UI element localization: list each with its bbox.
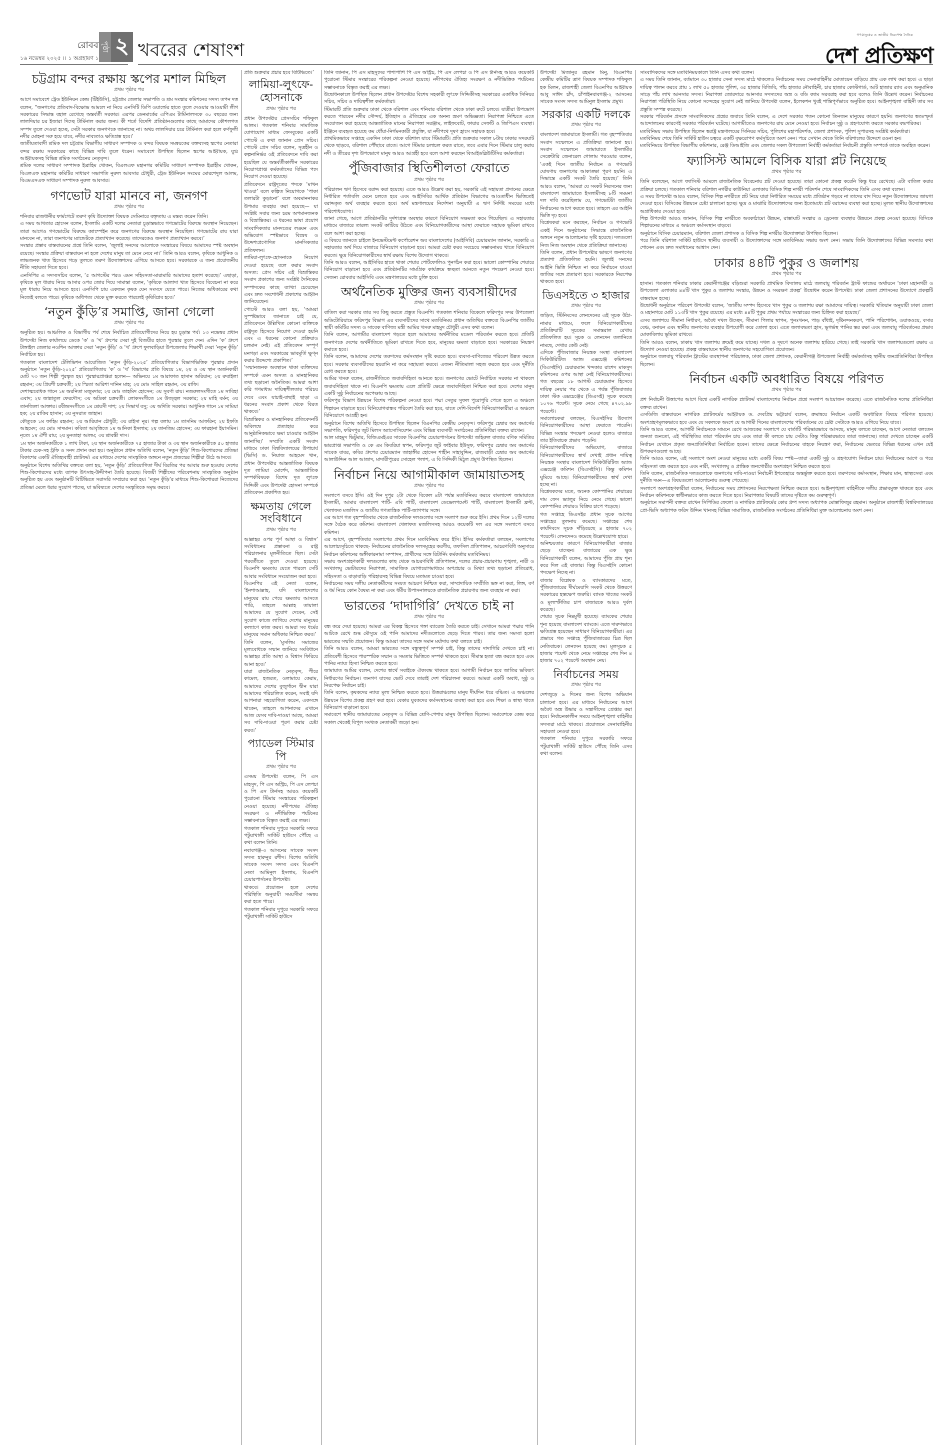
headline: চট্টগ্রাম বন্দর রক্ষায় স্কপের মশাল মিছি… bbox=[20, 72, 238, 86]
paragraph: এনসিপির এ সদস্যসচিব বলেন, ‘৫ আগস্টের পরও… bbox=[20, 273, 238, 302]
paragraph: বাজার বিশ্লেষক ও ব্যাংকারদের মতে, পুঁজিব… bbox=[540, 578, 632, 615]
paragraph: পরে তিনি বরিশাল সার্কিট হাউসে স্থানীয় ব… bbox=[640, 238, 933, 253]
headline: পুঁজিবাজার স্থিতিশীলতা ফেরাতে bbox=[324, 161, 534, 175]
headline: লামিয়া-লুৎফে-হোসনাকে bbox=[244, 79, 318, 104]
paragraph: পরিচালন ঋণ হিসেবে বরাদ্দ করা হয়েছে। এতে… bbox=[324, 187, 534, 216]
paragraph: তিনি আরও বলেন, এই সংলাপে অংশ নেওয়া মানু… bbox=[640, 456, 933, 471]
page-label: পৃষ্ঠা bbox=[99, 32, 111, 62]
paragraph: অনিশ্চয়তার কারণে বিনিয়োগকারীরা বাজার ছ… bbox=[540, 541, 632, 578]
paragraph: তিনি বলেন, আগামীর বাংলাদেশ গড়তে হলে আমা… bbox=[324, 332, 534, 354]
headline: ডিএসইতে ৩ হাজার bbox=[540, 290, 632, 303]
paragraph: প্রধান উপদেষ্টার প্রেসসচিব শফিকুল আলম। গ… bbox=[244, 116, 318, 182]
paragraph: থাকবে। প্রয়োজন হলে দেশের পরিস্থিতি অনুয… bbox=[244, 885, 318, 907]
paragraph: এসময় উপদেষ্টা বলেন, পি এস মাহসুদ, পি এস… bbox=[244, 774, 318, 825]
paragraph: বিভ্রান্তিকর ও মানহানিকর প্রতিবেদনটি অবি… bbox=[244, 417, 318, 498]
article-body: এসময় উপদেষ্টা বলেন, পি এস মাহসুদ, পি এস… bbox=[244, 774, 318, 921]
headline: ঢাকার ৪৪টি পুকুর ও জলাশয় bbox=[640, 256, 933, 270]
article-body: অনুষ্ঠিত হয়। আঞ্চলিক ও বিভাগীয় পর্ব শে… bbox=[20, 330, 238, 492]
paragraph: তিনি বলেছেন, আগে ফ্যাসিস্ট আমলে রাজনৈতিক… bbox=[640, 179, 933, 194]
paragraph: সংলাপে বসবে ইসি। ওই দিন দুপুর ২টা থেকে ব… bbox=[324, 493, 534, 515]
column-narrow: প্রতি শুক্রবার প্রচার হবে বিটিভিতে।’ লাম… bbox=[244, 70, 318, 1445]
paragraph: উদ্বোধনকালে উপস্থিত ছিলেন প্রধান উপদেষ্ট… bbox=[324, 92, 534, 107]
headline: নির্বাচন একটি অবধারিত বিষয়ে পরিণত bbox=[640, 372, 933, 386]
paragraph: স্টিমারটি প্রতি শুক্রবার ঢাকা থেকে বরিশা… bbox=[324, 107, 534, 136]
headline: গণভোট যারা মানবে না, জনগণ bbox=[20, 189, 238, 203]
paragraph: তিনি আরও বলেন, আমরা ভারতের সঙ্গে বন্ধুত্… bbox=[324, 646, 534, 668]
paragraph: নবাবগঞ্জ-৩ আসনের সাবেক সংসদ সদস্য হারুনু… bbox=[244, 848, 318, 885]
headline: অর্থনৈতিক মুক্তির জন্য ব্যবসায়ীদের bbox=[324, 285, 534, 299]
paragraph: তিনি বলেন, ‘মুসলিম সমাজের মূল্যবোধকে সম্… bbox=[244, 640, 318, 669]
paragraph: এসব জলাশয়ে সীমানা নির্ধারণ, অবৈধ দখল উচ… bbox=[640, 318, 933, 340]
column-divider bbox=[635, 70, 636, 1445]
section-title: খবরের শেষাংশ bbox=[138, 36, 244, 67]
article-body: শনিবার রাজধানীর ফার্মগেটে তরুণ কৃষি উদ্য… bbox=[20, 214, 238, 302]
paragraph: শ্রমিক দলের সাধারণ সম্পাদক ইব্রাহিম খোকন… bbox=[20, 163, 238, 185]
masthead-rule-left bbox=[20, 64, 128, 65]
article-body: তিনি জানান, পি এস মাহসুদের পাশাপাশি পি এ… bbox=[324, 70, 534, 158]
paragraph: সভায় অংশগ্রহণকারী দলগুলোর কাছ থেকে আচরণ… bbox=[324, 559, 534, 581]
paragraph: শিল্প উপদেষ্টা আরও জানান, বিসিক শিল্প নগ… bbox=[640, 216, 933, 231]
paragraph: গতকাল শনিবার দুপুরে সরকারি সফরে পটুয়াখা… bbox=[540, 736, 632, 758]
article-constitution: ক্ষমতায় গেলে সংবিধানে প্রথম পৃষ্ঠার পর … bbox=[244, 501, 318, 736]
paragraph: বিশ্লেষকরা মনে করছেন, নির্বাচন ও গণভোট এ… bbox=[540, 220, 632, 249]
paragraph: দেশাত্মবোধক গানে ১ম অরনিতা মজুমদার; ২য় … bbox=[20, 389, 238, 418]
paragraph: ফরিদপুর বিভাগ উন্নয়নে বিশেষ পরিকল্পনা ন… bbox=[324, 398, 534, 420]
headline: ‘নতুন কুঁড়ি’র সমাপ্তি, জানা গেলো bbox=[20, 305, 238, 319]
continued-text: প্রতি শুক্রবার প্রচার হবে বিটিভিতে।’ bbox=[244, 70, 318, 77]
article-body: আগে সমাবেশে ট্রেড ইউনিয়ন কেন্দ্র (টিইউস… bbox=[20, 97, 238, 185]
paragraph: এ সময় উপদেষ্টা আরও বলেন, বিসিক শিল্প নগ… bbox=[640, 194, 933, 216]
paragraph: উদ্বোধনী অনুষ্ঠানে পরিবেশ উপদেষ্টা বলেন,… bbox=[640, 303, 933, 318]
paragraph: আমির খসরু বলেন, রাজনীতিতে জবাবদিহিতা আনত… bbox=[324, 376, 534, 398]
paragraph: আল্লাহর ওপর পূর্ণ আস্থা ও বিশ্বাস’ সংবিধ… bbox=[244, 537, 318, 581]
paragraph: তিনি আরও বলেন, আইসিবির হাতে থাকা শেয়ার … bbox=[324, 260, 534, 282]
paragraph: বাতিল করা দরকার তার সব কিছু করতে প্রস্তু… bbox=[324, 310, 534, 332]
jump-line: প্রথম পৃষ্ঠার পর bbox=[244, 527, 318, 535]
paragraph: ১ম স্থান অর্জনকারীকে ১ লাখ টাকা, ২য় স্থ… bbox=[20, 441, 238, 463]
headline: ক্ষমতায় গেলে সংবিধানে bbox=[244, 501, 318, 526]
article-paddle-steamer: প্যাডেল স্টিমার পি প্রথম পৃষ্ঠার পর এসময… bbox=[244, 738, 318, 921]
article-steamer-continued: তিনি জানান, পি এস মাহসুদের পাশাপাশি পি এ… bbox=[324, 70, 534, 158]
column-divider bbox=[321, 70, 322, 1445]
article-body: বাতিল করা দরকার তার সব কিছু করতে প্রস্তু… bbox=[324, 310, 534, 464]
article-notun-kuri: ‘নতুন কুঁড়ি’র সমাপ্তি, জানা গেলো প্রথম … bbox=[20, 305, 238, 492]
paragraph: সরকার পরিবর্তন প্রসঙ্গে সাংবাদিকদের প্রশ… bbox=[640, 114, 933, 129]
paragraph: গত সপ্তাহে ডিএসইর প্রধান সূচক আগের সপ্তা… bbox=[540, 512, 632, 541]
paragraph: গতকাল বাংলাদেশ টেলিভিশন আয়োজিত ‘নতুন কু… bbox=[20, 360, 238, 389]
headline: সরকার একটি দলকে bbox=[540, 109, 632, 122]
jump-line: প্রথম পৃষ্ঠার পর bbox=[324, 177, 534, 185]
column-center: তিনি জানান, পি এস মাহসুদের পাশাপাশি পি এ… bbox=[324, 70, 534, 1445]
paragraph: আগে সমাবেশে ট্রেড ইউনিয়ন কেন্দ্র (টিইউস… bbox=[20, 97, 238, 141]
article-body: সাংবাদিকদের সঙ্গে মতবিনিময়কালে তিনি এসব… bbox=[640, 70, 933, 151]
masthead: রোববার ১৬ নভেম্বর ২০২৫ ।। ১ অগ্রহায়ণ ১৪… bbox=[0, 0, 945, 66]
date-block: রোববার ১৬ নভেম্বর ২০২৫ ।। ১ অগ্রহায়ণ ১৪… bbox=[20, 38, 106, 64]
jump-line: প্রথম পৃষ্ঠার পর bbox=[324, 483, 534, 491]
paragraph: জড়িত, স্টিনিংসের লেনদেনের এই সূচক উঠা-ন… bbox=[540, 313, 632, 350]
paragraph: নির্বাচনের সময় দলীয় নেতাকর্মীদের সংযত … bbox=[324, 581, 534, 596]
article-dse-3000: ডিএসইতে ৩ হাজার প্রথম পৃষ্ঠার পর জড়িত, … bbox=[540, 290, 632, 666]
jump-line: প্রথম পৃষ্ঠার পর bbox=[540, 122, 632, 130]
article-bscic-plots: ফ্যাসিস্ট আমলে বিসিক যারা প্লট নিয়েছে প… bbox=[640, 154, 933, 253]
paragraph: বন্ধ করে দেয়া হয়েছে। আমরা এর বিকল্প হি… bbox=[324, 624, 534, 646]
paragraph: বিশ্লেষকদের মতে, অনেক কোম্পানির শেয়ারের… bbox=[540, 489, 632, 511]
paragraph: প্রশ নির্বাচনী উত্তাপের আগে বিশ্বে একটি … bbox=[640, 397, 933, 412]
page-number: ২ bbox=[111, 32, 133, 62]
paragraph: জাতীয়তাবাদী শ্রমিক দল চট্টগ্রাম বিভাগীয… bbox=[20, 141, 238, 163]
jump-line: প্রথম পৃষ্ঠার পর bbox=[244, 106, 318, 114]
article-economic-freedom: অর্থনৈতিক মুক্তির জন্য ব্যবসায়ীদের প্রথ… bbox=[324, 285, 534, 465]
jump-line: প্রথম পৃষ্ঠার পর bbox=[324, 614, 534, 622]
jump-line: প্রথম পৃষ্ঠার পর bbox=[640, 169, 933, 177]
jump-line: প্রথম পৃষ্ঠার পর bbox=[540, 303, 632, 311]
article-dhaka-ponds: ঢাকার ৪৪টি পুকুর ও জলাশয় প্রথম পৃষ্ঠার … bbox=[640, 256, 933, 370]
jump-line: প্রথম পৃষ্ঠার পর bbox=[20, 320, 238, 328]
jump-line: প্রথম পৃষ্ঠার পর bbox=[540, 682, 632, 690]
paragraph: লামিয়া-লুৎফে-হোসনাকে নিয়োগ দেওয়া হয়ে… bbox=[244, 255, 318, 306]
jump-line: প্রথম পৃষ্ঠার পর bbox=[640, 387, 933, 395]
article-chattogram-port: চট্টগ্রাম বন্দর রক্ষায় স্কপের মশাল মিছি… bbox=[20, 72, 238, 186]
paragraph: সমালোচকরা বলছেন, বিএসইসির উদ্যোগ বিনিয়ো… bbox=[540, 416, 632, 445]
article-body: বন্ধ করে দেয়া হয়েছে। আমরা এর বিকল্প হি… bbox=[324, 624, 534, 727]
paragraph: প্রতিবেদনে রাষ্ট্রদূতের পদকে ‘মাখন খাওয়… bbox=[244, 182, 318, 255]
paragraph: তিনি জানান, পি এস মাহসুদের পাশাপাশি পি এ… bbox=[324, 70, 534, 92]
paragraph: হাসান। গতকাল শনিবার ঢাকার কেরানীগঞ্জের ব… bbox=[640, 281, 933, 303]
paragraph: তিনি বলেন, আমাদের দেশের তরুণদের কর্মসংস্… bbox=[324, 354, 534, 376]
paragraph: ‘সম্মানজনক অবস্থানে থাকা ব্যক্তিদের সম্প… bbox=[244, 365, 318, 416]
article-body: প্রধান উপদেষ্টার প্রেসসচিব শফিকুল আলম। গ… bbox=[244, 116, 318, 498]
paragraph: যারা রাজনৈতিক নেতৃবৃন্দ, পীরে কামেল, হজর… bbox=[244, 669, 318, 735]
paragraph: মতবিনিময়ে উপস্থিত বিভাগীয় কমিশনার, রেঞ… bbox=[640, 143, 933, 150]
article-ec-dialogue: নির্বাচন নিয়ে আগামীকাল জামায়াতসহ প্রথম… bbox=[324, 468, 534, 596]
paragraph: এসডিজি বাস্তবায়নে নাগরিক প্ল্যাটফর্মের … bbox=[640, 412, 933, 427]
paragraph: তিনি আরও বলেন, আগামী নির্বাচনকে সামনে রে… bbox=[640, 427, 933, 456]
paragraph: সংস্কার প্রস্তাব বাস্তবায়নের প্রশ্নে তি… bbox=[20, 243, 238, 272]
column-divider bbox=[241, 70, 242, 1445]
article-body: বাংলাদেশ জামায়াতে ইসলামী। গত বৃহস্পতিবা… bbox=[540, 132, 632, 286]
publication-date: ১৬ নভেম্বর ২০২৫ ।। ১ অগ্রহায়ণ ১৪৩২ bbox=[20, 56, 106, 64]
paragraph: তিনি বলেন, কৃষকদের ন্যায্য মূল্য নিশ্চিত… bbox=[324, 690, 534, 712]
masthead-rule-right bbox=[138, 64, 933, 65]
paragraph: এদিকে পুঁজিবাজার নিয়ন্ত্রক সংস্থা বাংলা… bbox=[540, 350, 632, 416]
article-body: আল্লাহর ওপর পূর্ণ আস্থা ও বিশ্বাস’ সংবিধ… bbox=[244, 537, 318, 735]
continued-text: উপদেষ্টা মিজানুর রহমান মিনু, বিএনপির কেন… bbox=[540, 70, 632, 107]
jump-line: প্রথম পৃষ্ঠার পর bbox=[244, 764, 318, 772]
headline: নির্বাচনের সময় bbox=[540, 669, 632, 682]
paragraph: বাংলাদেশ জামায়াতে ইসলামী। গত বৃহস্পতিবা… bbox=[540, 132, 632, 220]
paragraph: সমাবেশে স্থানীয় জামায়াতের নেতৃবৃন্দ ও … bbox=[324, 712, 534, 727]
paragraph: বিনিয়োগকারীদের অভিযোগ, বাজারে বিনিয়োগক… bbox=[540, 445, 632, 489]
paragraph: অনুষ্ঠানে বিসিক চেয়ারম্যান, বরিশাল জেলা… bbox=[640, 231, 933, 238]
paragraph: এ সময় আখতার হোসেন বলেন, ইসলামি একটি দলে… bbox=[20, 221, 238, 243]
paragraph: অনুষ্ঠানে সমাপনী বক্তব্য রাখেন সিপিডির ফ… bbox=[640, 500, 933, 515]
headline: প্যাডেল স্টিমার পি bbox=[244, 738, 318, 763]
paragraph: তিনি বলেন, প্রধান উপদেষ্টার ভাষণে জনগণের… bbox=[540, 250, 632, 287]
paragraph: গতকাল শনিবার দুপুরে সরকারি সফরে পটুয়াখা… bbox=[244, 907, 318, 922]
article-body: হাসান। গতকাল শনিবার ঢাকার কেরানীগঞ্জের ব… bbox=[640, 281, 933, 369]
paragraph: জানা গেছে, আগে প্রতিষ্ঠানটির দুর্দশাগ্রস… bbox=[324, 216, 534, 238]
column-narrow-right: উপদেষ্টা মিজানুর রহমান মিনু, বিএনপির কেন… bbox=[540, 70, 632, 1445]
paragraph: মতবিনিময় সভায় উপস্থিত ছিলেন স্বরাষ্ট্র… bbox=[640, 129, 933, 136]
paragraph: অনুষ্ঠানে বিশেষ অতিথির বক্তব্যে বলা হয়,… bbox=[20, 463, 238, 492]
paragraph: এ সময় তিনি জানান, বর্তমানে ৩০ হাজার সেন… bbox=[640, 77, 933, 114]
weekday: রোববার bbox=[20, 38, 106, 53]
article-body: তিনি বলেছেন, আগে ফ্যাসিস্ট আমলে রাজনৈতিক… bbox=[640, 179, 933, 252]
article-body: প্রশ নির্বাচনী উত্তাপের আগে বিশ্বে একটি … bbox=[640, 397, 933, 515]
paragraph: বিএনপির এই নেতা বলেন, ‘ইনশাআল্লাহ, যদি ব… bbox=[244, 581, 318, 640]
headline: ফ্যাসিস্ট আমলে বিসিক যারা প্লট নিয়েছে bbox=[640, 154, 933, 168]
article-security-continued: সাংবাদিকদের সঙ্গে মতবিনিময়কালে তিনি এসব… bbox=[640, 70, 933, 151]
paragraph: অনুষ্ঠানে বিশেষ অতিথি হিসেবে উপস্থিত ছিল… bbox=[324, 421, 534, 436]
headline: নির্বাচন নিয়ে আগামীকাল জামায়াতসহ bbox=[324, 468, 534, 482]
jump-line: প্রথম পৃষ্ঠার পর bbox=[20, 87, 238, 95]
article-body: দেশজুড়ে ৯ দিনের জন্য বিশেষ অভিযান চালান… bbox=[540, 692, 632, 758]
article-election-inevitable: নির্বাচন একটি অবধারিত বিষয়ে পরিণত প্রথম… bbox=[640, 372, 933, 515]
article-body: পরিচালন ঋণ হিসেবে বরাদ্দ করা হয়েছে। এতে… bbox=[324, 187, 534, 282]
paragraph: আল মাহমুদ ভিটুমার, বিজিএমইএর সাবেক বিএনপ… bbox=[324, 435, 534, 464]
headline: ভারতের ‘দাদাগিরি’ দেখতে চাই না bbox=[324, 599, 534, 613]
paragraph: এর আগে গত বৃহস্পতিবার থেকে রাজনৈতিক দলগু… bbox=[324, 515, 534, 537]
column-right: সাংবাদিকদের সঙ্গে মতবিনিময়কালে তিনি এসব… bbox=[640, 70, 933, 1445]
article-india-dadagiri: ভারতের ‘দাদাগিরি’ দেখতে চাই না প্রথম পৃষ… bbox=[324, 599, 534, 727]
paragraph: তিনি আরও বলেন, ঢাকায় খাস জলাশয় ক্রমেই … bbox=[640, 340, 933, 355]
paragraph: এ বিষয়ে জানতে চাইলে ইনভেস্টমেন্ট কর্পোর… bbox=[324, 238, 534, 260]
article-body: জড়িত, স্টিনিংসের লেনদেনের এই সূচক উঠা-ন… bbox=[540, 313, 632, 666]
article-referendum: গণভোট যারা মানবে না, জনগণ প্রথম পৃষ্ঠার … bbox=[20, 189, 238, 303]
article-govt-one-party: সরকার একটি দলকে প্রথম পৃষ্ঠার পর বাংলাদে… bbox=[540, 109, 632, 287]
article-capital-market: পুঁজিবাজার স্থিতিশীলতা ফেরাতে প্রথম পৃষ্… bbox=[324, 161, 534, 282]
paragraph: পোস্টে আরও বলা হয়, ‘আমরা সুস্পষ্টভাবে জ… bbox=[244, 307, 318, 366]
paragraph: গতকাল শনিবার দুপুরে সরকারি সফরে পটুয়াখা… bbox=[244, 826, 318, 848]
article-body: সংলাপে বসবে ইসি। ওই দিন দুপুর ২টা থেকে ব… bbox=[324, 493, 534, 596]
jump-line: প্রথম পৃষ্ঠার পর bbox=[640, 271, 933, 279]
paragraph: প্রাথমিকভাবে সপ্তাহে একদিন ঢাকা থেকে বরি… bbox=[324, 136, 534, 158]
paragraph: অনুষ্ঠানে জলবায়ু পরিবর্তন ট্রাস্টের ব্য… bbox=[640, 354, 933, 369]
article-lamia-lutfe-hosna: লামিয়া-লুৎফে-হোসনাকে প্রথম পৃষ্ঠার পর প… bbox=[244, 79, 318, 497]
paragraph: দেশজুড়ে ৯ দিনের জন্য বিশেষ অভিযান চালান… bbox=[540, 692, 632, 736]
paragraph: জামায়াত আমির বলেন, দেশের স্বার্থে সবাইক… bbox=[324, 668, 534, 690]
paragraph: সংলাপে অংশগ্রহণকারীরা বলেন, নির্বাচনের স… bbox=[640, 486, 933, 501]
paragraph: অনুষ্ঠিত হয়। আঞ্চলিক ও বিভাগীয় পর্ব শে… bbox=[20, 330, 238, 359]
jump-line: প্রথম পৃষ্ঠার পর bbox=[324, 300, 534, 308]
jump-line: প্রথম পৃষ্ঠার পর bbox=[20, 204, 238, 212]
paragraph: শেয়ার সূচক নিম্নমুখী হয়েছে। ব্যাংকের শ… bbox=[540, 614, 632, 665]
paragraph: এর আগে, বৃহস্পতিবার সংলাপের প্রথম দিনে ম… bbox=[324, 537, 534, 559]
paragraph: কৌতুকে ১ম ফাহিম রহমান; ২য় আরিয়ান চৌধুর… bbox=[20, 419, 238, 441]
column-left: চট্টগ্রাম বন্দর রক্ষায় স্কপের মশাল মিছি… bbox=[20, 70, 238, 1445]
article-election-time: নির্বাচনের সময় প্রথম পৃষ্ঠার পর দেশজুড়… bbox=[540, 669, 632, 759]
paragraph: তিনি বলেন, রাজনৈতিক দলগুলোকে জনগণের দাবি… bbox=[640, 471, 933, 486]
column-divider bbox=[537, 70, 538, 1445]
